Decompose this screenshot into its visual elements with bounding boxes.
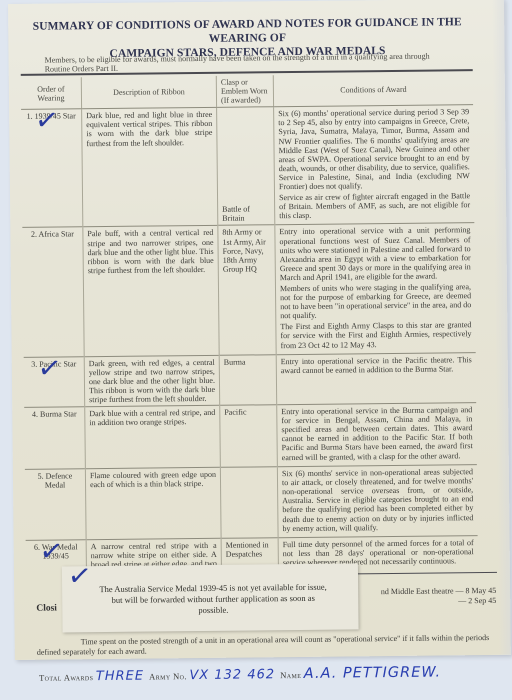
award-name: 1. 1939/45 Star✓ — [21, 109, 83, 228]
total-awards-value: THREE — [96, 669, 144, 685]
condition-paragraph: Six (6) months' service in non-operation… — [282, 467, 474, 533]
award-name-text: 2. Africa Star — [31, 230, 74, 239]
award-name-text: 5. Defence Medal — [38, 471, 73, 489]
table-row: 5. Defence MedalFlame coloured with gree… — [25, 465, 478, 540]
army-no-label: Army No. — [149, 671, 187, 681]
condition-paragraph: Entry into operational service with a un… — [279, 226, 471, 283]
ribbon-description: Flame coloured with green edge upon each… — [85, 467, 221, 539]
award-name-text: 4. Burma Star — [32, 409, 77, 418]
header-conditions: Conditions of Award — [273, 73, 473, 107]
condition-paragraph: Service as air crew of fighter aircraft … — [279, 191, 470, 220]
definition-text: Time spent on the posted strength of a u… — [37, 633, 499, 658]
closing-date-line: — 2 Sep 45 — [356, 596, 496, 607]
condition-paragraph: Six (6) months' operational service duri… — [278, 107, 470, 191]
clasp-emblem: Pacific — [220, 405, 278, 468]
condition-paragraph: Members of units who were staging in the… — [280, 282, 471, 320]
award-summary-sheet: SUMMARY OF CONDITIONS OF AWARD AND NOTES… — [8, 0, 511, 660]
award-name: 2. Africa Star — [22, 227, 84, 357]
condition-paragraph: The First and Eighth Army Clasps to this… — [280, 321, 471, 350]
table-row: 3. Pacific Star✓Dark green, with red edg… — [24, 352, 477, 407]
clasp-emblem: Battle of Britain — [217, 107, 275, 226]
award-conditions: Entry into operational service with a un… — [275, 223, 476, 354]
condition-paragraph: Full time duty personnel of the armed fo… — [283, 538, 474, 567]
pasted-notice-slip: ✓ The Australia Service Medal 1939-45 is… — [62, 563, 359, 632]
clasp-emblem: 8th Army or 1st Army, Air Force, Navy, 1… — [218, 225, 276, 355]
closing-dates-label: Closi — [36, 604, 57, 614]
table-row: 1. 1939/45 Star✓Dark blue, red and light… — [21, 105, 474, 228]
clasp-emblem — [220, 467, 278, 538]
award-conditions: Six (6) months' operational service duri… — [274, 105, 475, 225]
award-conditions: Six (6) months' service in non-operation… — [277, 465, 477, 538]
award-conditions: Entry into operational service in the Pa… — [276, 352, 476, 405]
awards-table: Order of Wearing Description of Ribbon C… — [21, 73, 478, 592]
notice-text: The Australia Service Medal 1939-45 is n… — [98, 582, 328, 617]
award-name: 5. Defence Medal — [25, 469, 86, 540]
recipient-name: A.A. PETTIGREW. — [304, 665, 442, 682]
clasp-emblem: Burma — [219, 354, 277, 405]
checkmark-icon: ✓ — [35, 114, 59, 126]
army-no-value: VX 132 462 — [189, 667, 275, 683]
header-description: Description of Ribbon — [81, 76, 216, 109]
checkmark-icon: ✓ — [67, 569, 92, 583]
award-conditions: Entry into operational service in the Bu… — [277, 403, 477, 467]
name-label: Name — [280, 670, 301, 680]
total-awards-label: Total Awards — [39, 672, 93, 683]
award-name: 4. Burma Star — [24, 407, 85, 470]
checkmark-icon: ✓ — [39, 545, 63, 557]
closing-dates: nd Middle East theatre — 8 May 45 — 2 Se… — [356, 586, 496, 607]
table-row: 2. Africa StarPale buff, with a central … — [22, 223, 475, 357]
header-clasp: Clasp or Emblem Worn (If awarded) — [216, 75, 273, 107]
award-name: 3. Pacific Star✓ — [24, 356, 85, 407]
ribbon-description: Dark blue with a central red stripe, and… — [85, 405, 221, 468]
table-row: 4. Burma StarDark blue with a central re… — [24, 403, 477, 470]
condition-paragraph: Entry into operational service in the Bu… — [281, 405, 473, 462]
recipient-footer: Total Awards THREE Army No. VX 132 462 N… — [39, 664, 509, 685]
ribbon-description: Dark green, with red edges, a central ye… — [84, 355, 220, 407]
condition-paragraph: Entry into operational service in the Pa… — [281, 355, 472, 375]
ribbon-description: Pale buff, with a central vertical red s… — [83, 226, 219, 357]
checkmark-icon: ✓ — [37, 362, 61, 374]
ribbon-description: Dark blue, red and light blue in three e… — [82, 108, 218, 228]
